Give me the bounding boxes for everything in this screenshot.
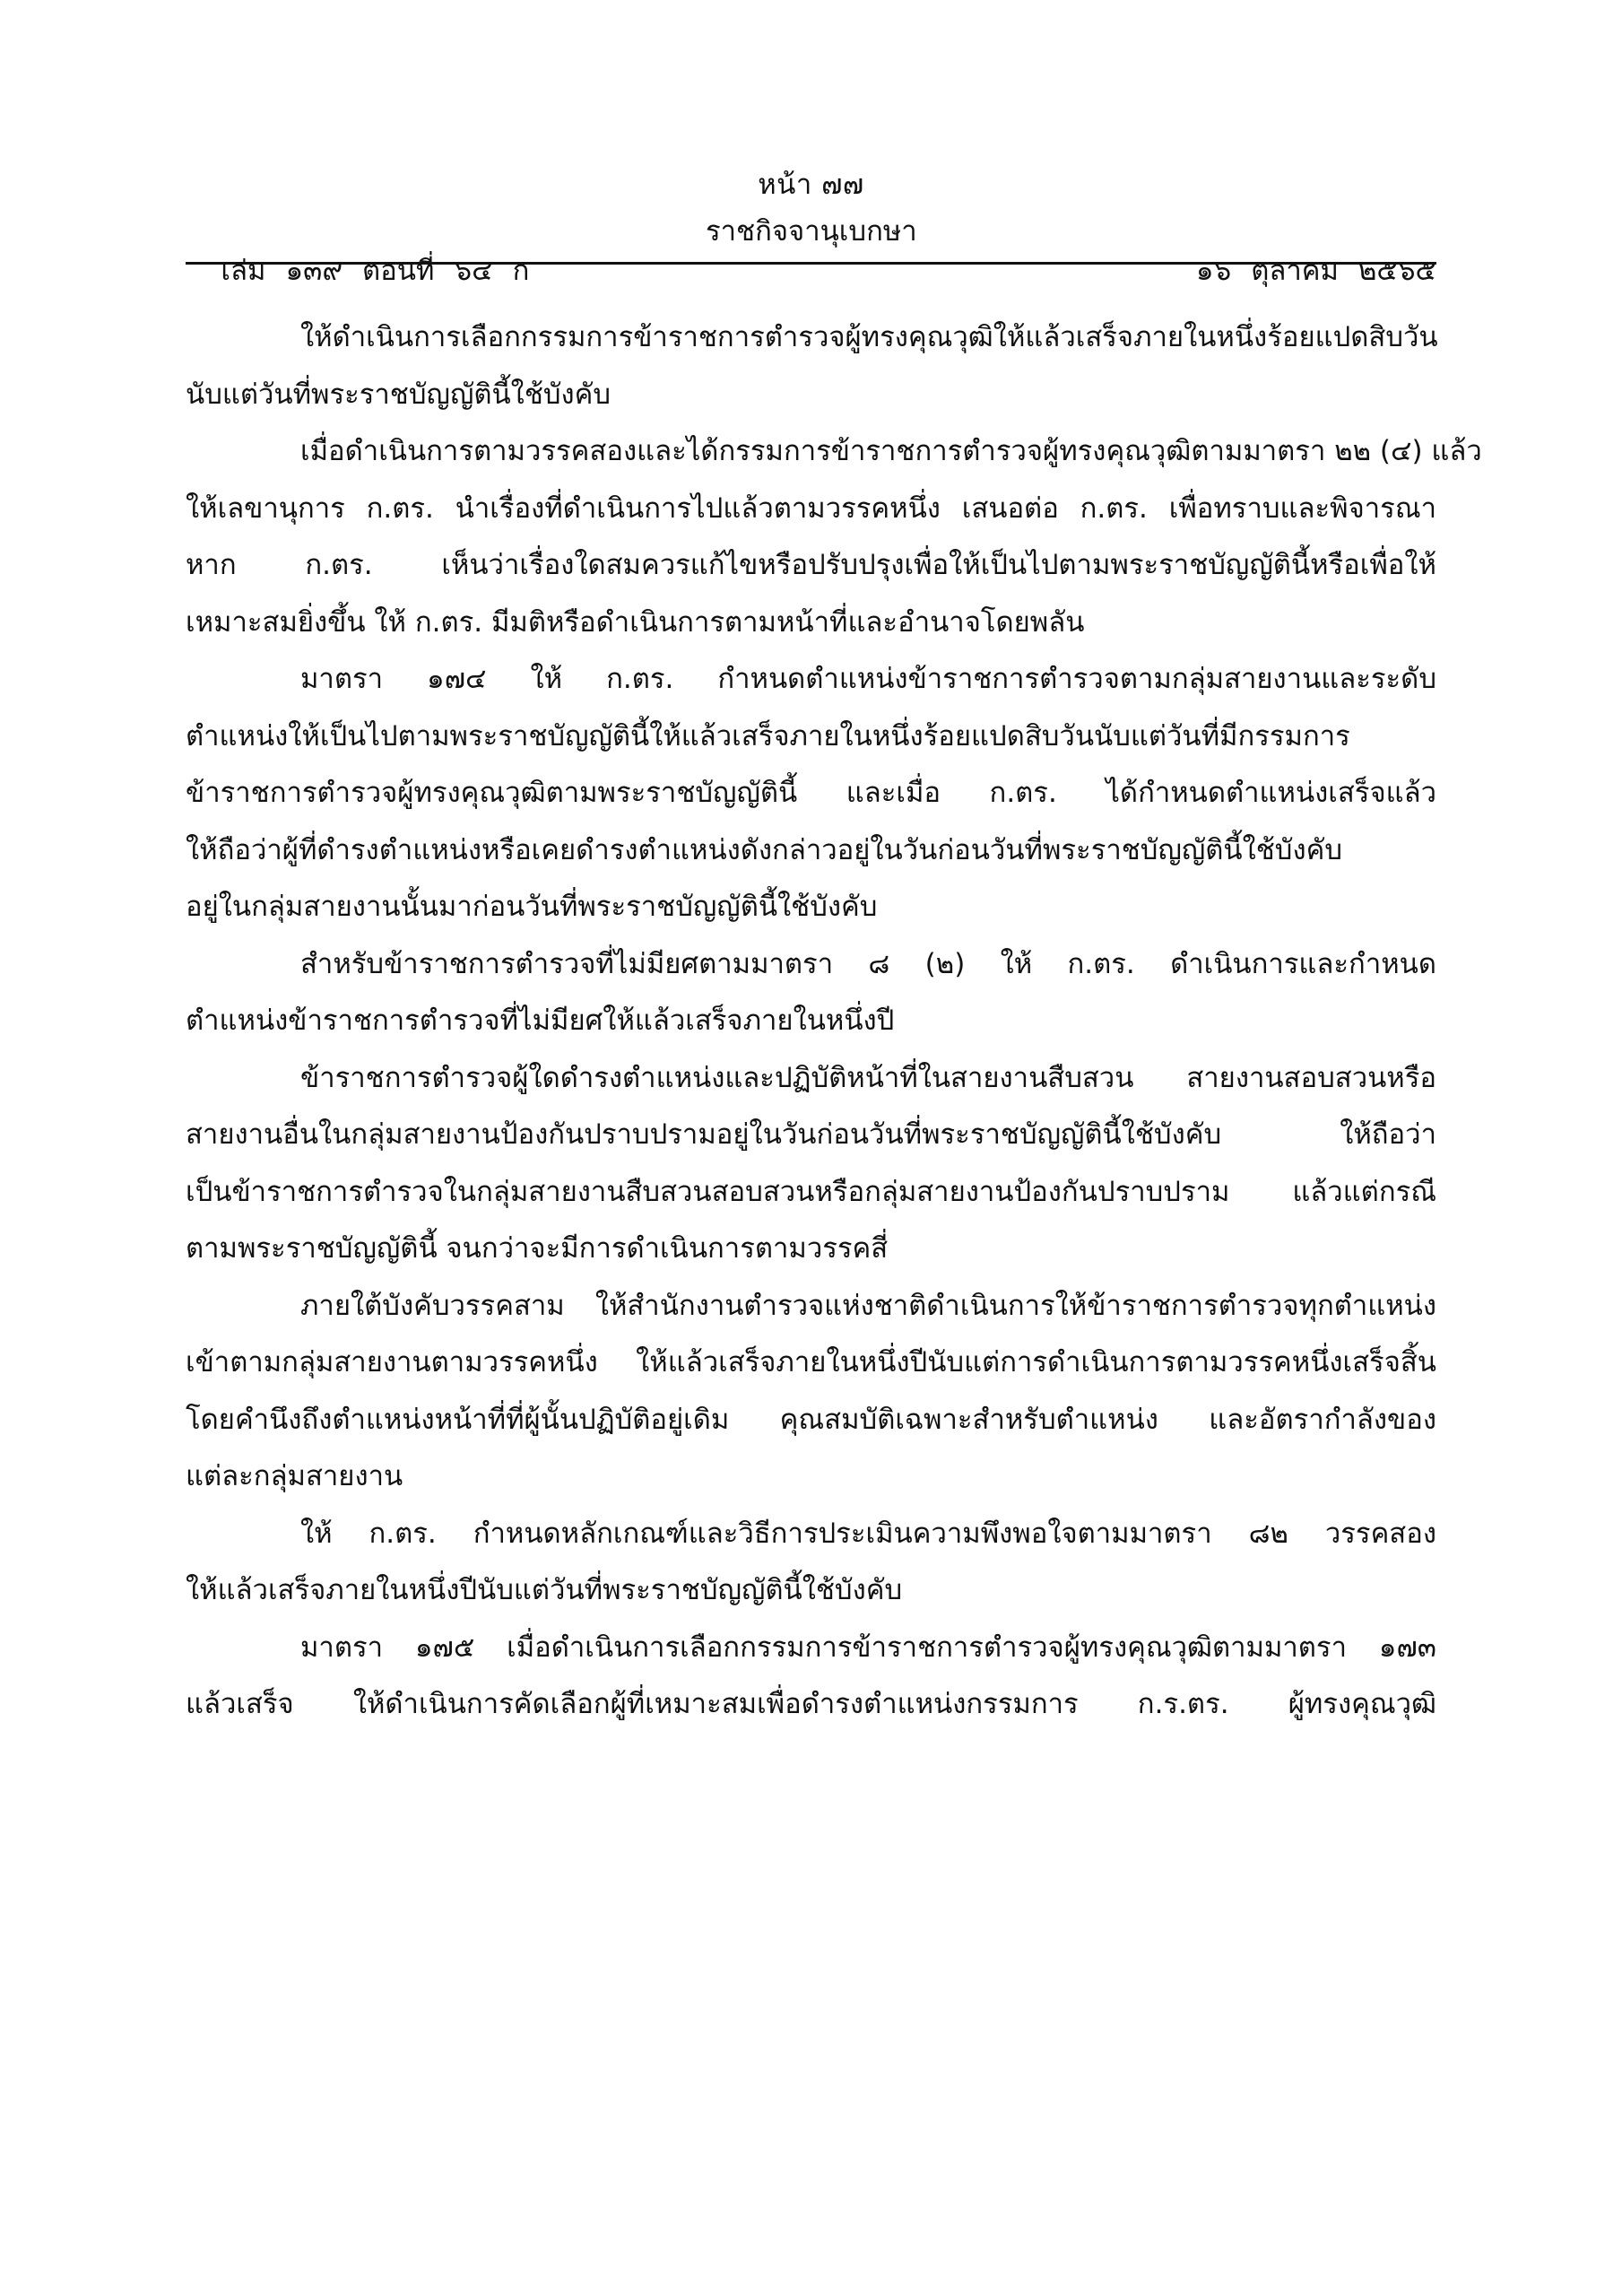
text-line: ให้ดำเนินการเลือกกรรมการข้าราชการตำรวจผู… xyxy=(186,309,1436,367)
text-line: สายงานอื่นในกลุ่มสายงานป้องกันปราบปรามอย… xyxy=(186,1107,1436,1164)
paragraph: สำหรับข้าราชการตำรวจที่ไม่มียศตามมาตรา ๘… xyxy=(186,936,1436,1050)
section-letter: ก xyxy=(513,255,530,287)
page-number: หน้า ๗๗ xyxy=(0,167,1622,203)
gazette-header: เล่ม๑๓๙ตอนที่๖๔ก ราชกิจจานุเบกษา ๑๖ตุลาค… xyxy=(186,212,1436,251)
text-line: หาก ก.ตร. เห็นว่าเรื่องใดสมควรแก้ไขหรือป… xyxy=(186,537,1436,595)
volume-number: ๑๓๙ xyxy=(285,255,343,287)
text-line: มาตรา ๑๗๕ เมื่อดำเนินการเลือกกรรมการข้าร… xyxy=(186,1620,1436,1677)
text-line: เป็นข้าราชการตำรวจในกลุ่มสายงานสืบสวนสอบ… xyxy=(186,1164,1436,1222)
paragraph: ให้ดำเนินการเลือกกรรมการข้าราชการตำรวจผู… xyxy=(186,309,1436,423)
text-line: แต่ละกลุ่มสายงาน xyxy=(186,1448,1436,1506)
text-line: ให้เลขานุการ ก.ตร. นำเรื่องที่ดำเนินการไ… xyxy=(186,481,1436,538)
text-line: อยู่ในกลุ่มสายงานนั้นมาก่อนวันที่พระราชบ… xyxy=(186,879,1436,936)
text-line: ให้ ก.ตร. กำหนดหลักเกณฑ์และวิธีการประเมิ… xyxy=(186,1506,1436,1563)
text-line: ตำแหน่งข้าราชการตำรวจที่ไม่มียศให้แล้วเส… xyxy=(186,993,1436,1050)
date-year: ๒๕๖๕ xyxy=(1358,255,1436,287)
paragraph: ข้าราชการตำรวจผู้ใดดำรงตำแหน่งและปฏิบัติ… xyxy=(186,1050,1436,1278)
paragraph-section-175: มาตรา ๑๗๕ เมื่อดำเนินการเลือกกรรมการข้าร… xyxy=(186,1620,1436,1734)
text-line: เข้าตามกลุ่มสายงานตามวรรคหนึ่ง ให้แล้วเส… xyxy=(186,1335,1436,1392)
text-line: นับแต่วันที่พระราชบัญญัตินี้ใช้บังคับ xyxy=(186,367,1436,424)
text-line: มาตรา ๑๗๔ ให้ ก.ตร. กำหนดตำแหน่งข้าราชกา… xyxy=(186,651,1436,709)
issue-label: ตอนที่ xyxy=(362,255,434,287)
text-line: ให้ถือว่าผู้ที่ดำรงตำแหน่งหรือเคยดำรงตำแ… xyxy=(186,822,1436,880)
date-month: ตุลาคม xyxy=(1251,255,1339,287)
text-line: โดยคำนึงถึงตำแหน่งหน้าที่ที่ผู้นั้นปฏิบั… xyxy=(186,1392,1436,1449)
header-divider xyxy=(186,262,1436,265)
volume-label: เล่ม xyxy=(221,255,265,287)
date-day: ๑๖ xyxy=(1196,255,1231,287)
text-line: ข้าราชการตำรวจผู้ใดดำรงตำแหน่งและปฏิบัติ… xyxy=(186,1050,1436,1108)
paragraph: ภายใต้บังคับวรรคสาม ให้สำนักงานตำรวจแห่ง… xyxy=(186,1278,1436,1506)
text-line: ให้แล้วเสร็จภายในหนึ่งปีนับแต่วันที่พระร… xyxy=(186,1562,1436,1620)
text-line: ภายใต้บังคับวรรคสาม ให้สำนักงานตำรวจแห่ง… xyxy=(186,1278,1436,1335)
document-body: ให้ดำเนินการเลือกกรรมการข้าราชการตำรวจผู… xyxy=(186,309,1436,1734)
paragraph-section-174: มาตรา ๑๗๔ ให้ ก.ตร. กำหนดตำแหน่งข้าราชกา… xyxy=(186,651,1436,936)
text-line: ตามพระราชบัญญัตินี้ จนกว่าจะมีการดำเนินก… xyxy=(186,1221,1436,1278)
publication-title: ราชกิจจานุเบกษา xyxy=(706,212,917,251)
text-line: แล้วเสร็จ ให้ดำเนินการคัดเลือกผู้ที่เหมา… xyxy=(186,1676,1436,1734)
issue-number: ๖๔ xyxy=(454,255,492,287)
text-line: ข้าราชการตำรวจผู้ทรงคุณวุฒิตามพระราชบัญญ… xyxy=(186,765,1436,822)
paragraph: เมื่อดำเนินการตามวรรคสองและได้กรรมการข้า… xyxy=(186,423,1436,651)
text-line: เมื่อดำเนินการตามวรรคสองและได้กรรมการข้า… xyxy=(186,423,1436,481)
text-line: สำหรับข้าราชการตำรวจที่ไม่มียศตามมาตรา ๘… xyxy=(186,936,1436,994)
text-line: ตำแหน่งให้เป็นไปตามพระราชบัญญัตินี้ให้แล… xyxy=(186,709,1436,766)
paragraph: ให้ ก.ตร. กำหนดหลักเกณฑ์และวิธีการประเมิ… xyxy=(186,1506,1436,1620)
text-line: เหมาะสมยิ่งขึ้น ให้ ก.ตร. มีมติหรือดำเนิ… xyxy=(186,595,1436,652)
